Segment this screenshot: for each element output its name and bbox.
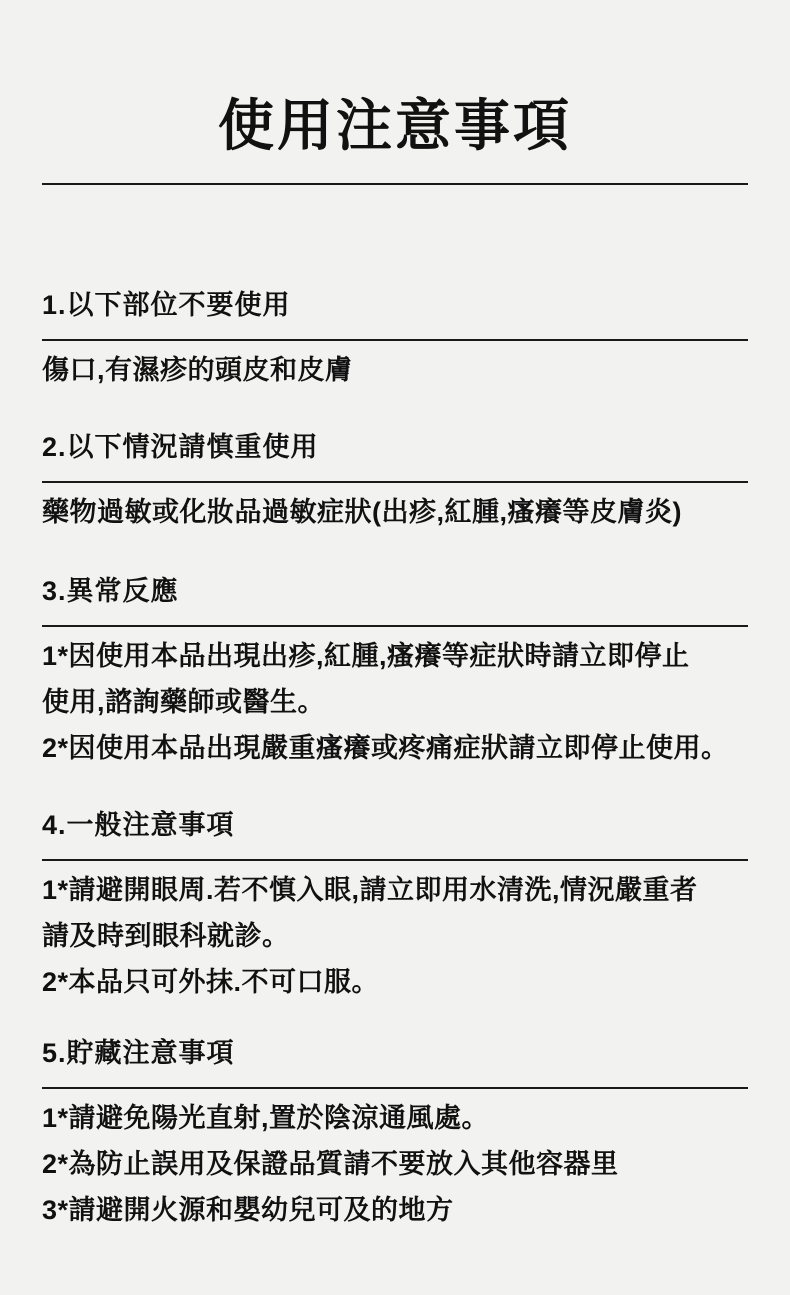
- section-divider: [42, 859, 748, 861]
- section-heading: 2.以下情況請慎重使用: [42, 431, 748, 463]
- section-divider: [42, 1087, 748, 1089]
- section-body: 1*因使用本品出現出疹,紅腫,瘙癢等症狀時請立即停止 使用,諮詢藥師或醫生。 2…: [42, 633, 748, 771]
- section-line: 1*因使用本品出現出疹,紅腫,瘙癢等症狀時請立即停止: [42, 633, 748, 679]
- section-line: 3*請避開火源和嬰幼兒可及的地方: [42, 1187, 748, 1233]
- section-general-precautions: 4.一般注意事項 1*請避開眼周.若不慎入眼,請立即用水清洗,情況嚴重者 請及時…: [42, 809, 748, 1005]
- precautions-label-page: 使用注意事項 1.以下部位不要使用 傷口,有濕疹的頭皮和皮膚 2.以下情況請慎重…: [0, 0, 790, 1295]
- section-storage-precautions: 5.貯藏注意事項 1*請避免陽光直射,置於陰涼通風處。 2*為防止誤用及保證品質…: [42, 1037, 748, 1233]
- section-line: 使用,諮詢藥師或醫生。: [42, 679, 748, 725]
- section-line: 2*為防止誤用及保證品質請不要放入其他容器里: [42, 1141, 748, 1187]
- section-abnormal-reactions: 3.異常反應 1*因使用本品出現出疹,紅腫,瘙癢等症狀時請立即停止 使用,諮詢藥…: [42, 575, 748, 771]
- title-divider: [42, 183, 748, 185]
- section-heading: 1.以下部位不要使用: [42, 289, 748, 321]
- section-forbidden-areas: 1.以下部位不要使用 傷口,有濕疹的頭皮和皮膚: [42, 289, 748, 393]
- section-body: 1*請避開眼周.若不慎入眼,請立即用水清洗,情況嚴重者 請及時到眼科就診。 2*…: [42, 867, 748, 1005]
- section-line: 藥物過敏或化妝品過敏症狀(出疹,紅腫,瘙癢等皮膚炎): [42, 489, 748, 535]
- section-line: 1*請避免陽光直射,置於陰涼通風處。: [42, 1095, 748, 1141]
- section-divider: [42, 625, 748, 627]
- section-use-with-caution: 2.以下情況請慎重使用 藥物過敏或化妝品過敏症狀(出疹,紅腫,瘙癢等皮膚炎): [42, 431, 748, 535]
- section-heading: 4.一般注意事項: [42, 809, 748, 841]
- section-line: 請及時到眼科就診。: [42, 913, 748, 959]
- section-line: 2*本品只可外抹.不可口服。: [42, 959, 748, 1005]
- section-divider: [42, 339, 748, 341]
- section-line: 1*請避開眼周.若不慎入眼,請立即用水清洗,情況嚴重者: [42, 867, 748, 913]
- section-heading: 5.貯藏注意事項: [42, 1037, 748, 1069]
- section-body: 傷口,有濕疹的頭皮和皮膚: [42, 347, 748, 393]
- page-title: 使用注意事項: [42, 0, 748, 159]
- section-divider: [42, 481, 748, 483]
- section-body: 藥物過敏或化妝品過敏症狀(出疹,紅腫,瘙癢等皮膚炎): [42, 489, 748, 535]
- section-line: 2*因使用本品出現嚴重瘙癢或疼痛症狀請立即停止使用。: [42, 725, 748, 771]
- section-heading: 3.異常反應: [42, 575, 748, 607]
- section-line: 傷口,有濕疹的頭皮和皮膚: [42, 347, 748, 393]
- section-body: 1*請避免陽光直射,置於陰涼通風處。 2*為防止誤用及保證品質請不要放入其他容器…: [42, 1095, 748, 1233]
